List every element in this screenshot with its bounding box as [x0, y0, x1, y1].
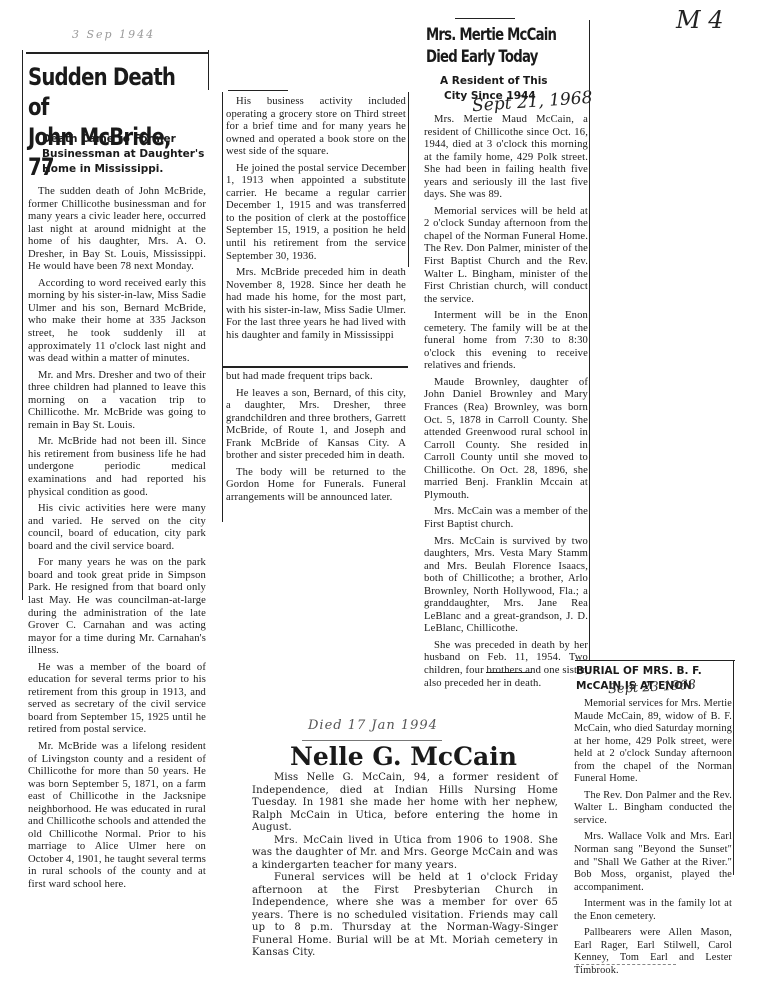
clip3-paragraph: Mrs. Wallace Volk and Mrs. Earl Norman s… — [574, 831, 732, 894]
clip1-paragraph: He was a member of the board of educatio… — [28, 662, 206, 737]
clip3-top-rule — [575, 660, 735, 661]
clip2-paragraph: Mrs. McCain was a member of the First Ba… — [424, 506, 588, 531]
clip1-paragraph: Mr. and Mrs. Dresher and two of their th… — [28, 370, 206, 433]
clip3-paragraph: Interment was in the family lot at the E… — [574, 898, 732, 923]
clip2-paragraph: Mrs. Mertie Maud McCain, a resident of C… — [424, 114, 588, 202]
clip3-right-border — [733, 660, 734, 875]
clip4-body: Miss Nelle G. McCain, 94, a former resid… — [252, 772, 558, 960]
clip1-paragraph: The sudden death of John McBride, former… — [28, 186, 206, 274]
clip1-column-2b: but had made frequent trips back. He lea… — [226, 371, 406, 508]
clip2-subhead-line1: A Resident of This — [440, 74, 548, 89]
clip1-paragraph: His business activity included operating… — [226, 96, 406, 159]
clip3-paragraph: Memorial services for Mrs. Mertie Maude … — [574, 698, 732, 786]
clip1-column-1: The sudden death of John McBride, former… — [28, 186, 206, 896]
clip2-top-rule — [455, 18, 515, 19]
clip2-body: Mrs. Mertie Maud McCain, a resident of C… — [424, 114, 588, 694]
clip1-col2-right-border — [408, 92, 409, 267]
clip1-headline-line1: Sudden Death of — [28, 62, 192, 122]
clip4-paragraph: Miss Nelle G. McCain, 94, a former resid… — [252, 772, 558, 835]
clip1-subhead: Death Came to Former Businessman at Daug… — [42, 132, 210, 177]
clip2-headline: Mrs. Mertie McCain Died Early Today — [426, 24, 596, 68]
clip1-col2-top-rule — [228, 90, 288, 91]
clip1-paragraph: He leaves a son, Bernard, of this city, … — [226, 388, 406, 463]
clip4-paragraph: Mrs. McCain lived in Utica from 1906 to … — [252, 835, 558, 873]
clip2-paragraph: She was preceded in death by her husband… — [424, 640, 588, 690]
clip1-paragraph: The body will be returned to the Gordon … — [226, 467, 406, 505]
clip2-paragraph: Interment will be in the Enon cemetery. … — [424, 310, 588, 373]
clip1-paragraph: but had made frequent trips back. — [226, 371, 406, 384]
clip1-col2-left-border — [222, 92, 223, 522]
clip1-paragraph: Mrs. McBride preceded him in death Novem… — [226, 267, 406, 342]
clip1-top-rule — [26, 52, 208, 54]
clip1-col2-break-rule — [222, 366, 408, 368]
clip2-right-border — [589, 20, 590, 660]
clip2-headline-line1: Mrs. Mertie McCain — [426, 24, 559, 46]
clip3-body: Memorial services for Mrs. Mertie Maude … — [574, 698, 732, 981]
clip1-paragraph: For many years he was on the park board … — [28, 557, 206, 657]
clip3-handwritten-date: Sept 23 1968 — [608, 678, 697, 698]
clip2-end-rule — [486, 672, 532, 673]
clip1-paragraph: Mr. McBride had not been ill. Since his … — [28, 436, 206, 499]
clip2-paragraph: Memorial services will be held at 2 o'cl… — [424, 206, 588, 306]
clip2-headline-line2: Died Early Today — [426, 46, 559, 68]
clip1-paragraph: He joined the postal service December 1,… — [226, 163, 406, 263]
clip3-end-rule — [576, 964, 676, 965]
clip1-paragraph: Mr. McBride was a lifelong resident of L… — [28, 741, 206, 892]
clip3-headline-line1: BURIAL OF MRS. B. F. — [576, 664, 702, 679]
clip2-paragraph: Maude Brownley, daughter of John Daniel … — [424, 377, 588, 502]
clip4-headline: Nelle G. McCain — [290, 742, 517, 772]
clip1-paragraph: His civic activities here were many and … — [28, 503, 206, 553]
clip1-handwritten-date: 3 Sep 1944 — [72, 28, 155, 41]
clip3-paragraph: The Rev. Don Palmer and the Rev. Walter … — [574, 790, 732, 828]
clip1-paragraph: According to word received early this mo… — [28, 278, 206, 366]
clip4-paragraph: Funeral services will be held at 1 o'clo… — [252, 872, 558, 960]
clip2-paragraph: Mrs. McCain is survived by two daughters… — [424, 536, 588, 636]
clip4-date-underline — [302, 740, 442, 741]
clip1-column-2a: His business activity included operating… — [226, 96, 406, 346]
clip1-left-border — [22, 50, 23, 600]
clip3-paragraph: Pallbearers were Allen Mason, Earl Rager… — [574, 927, 732, 977]
page-marker: M 4 — [676, 6, 723, 34]
clip4-handwritten-date: Died 17 Jan 1994 — [308, 718, 438, 733]
